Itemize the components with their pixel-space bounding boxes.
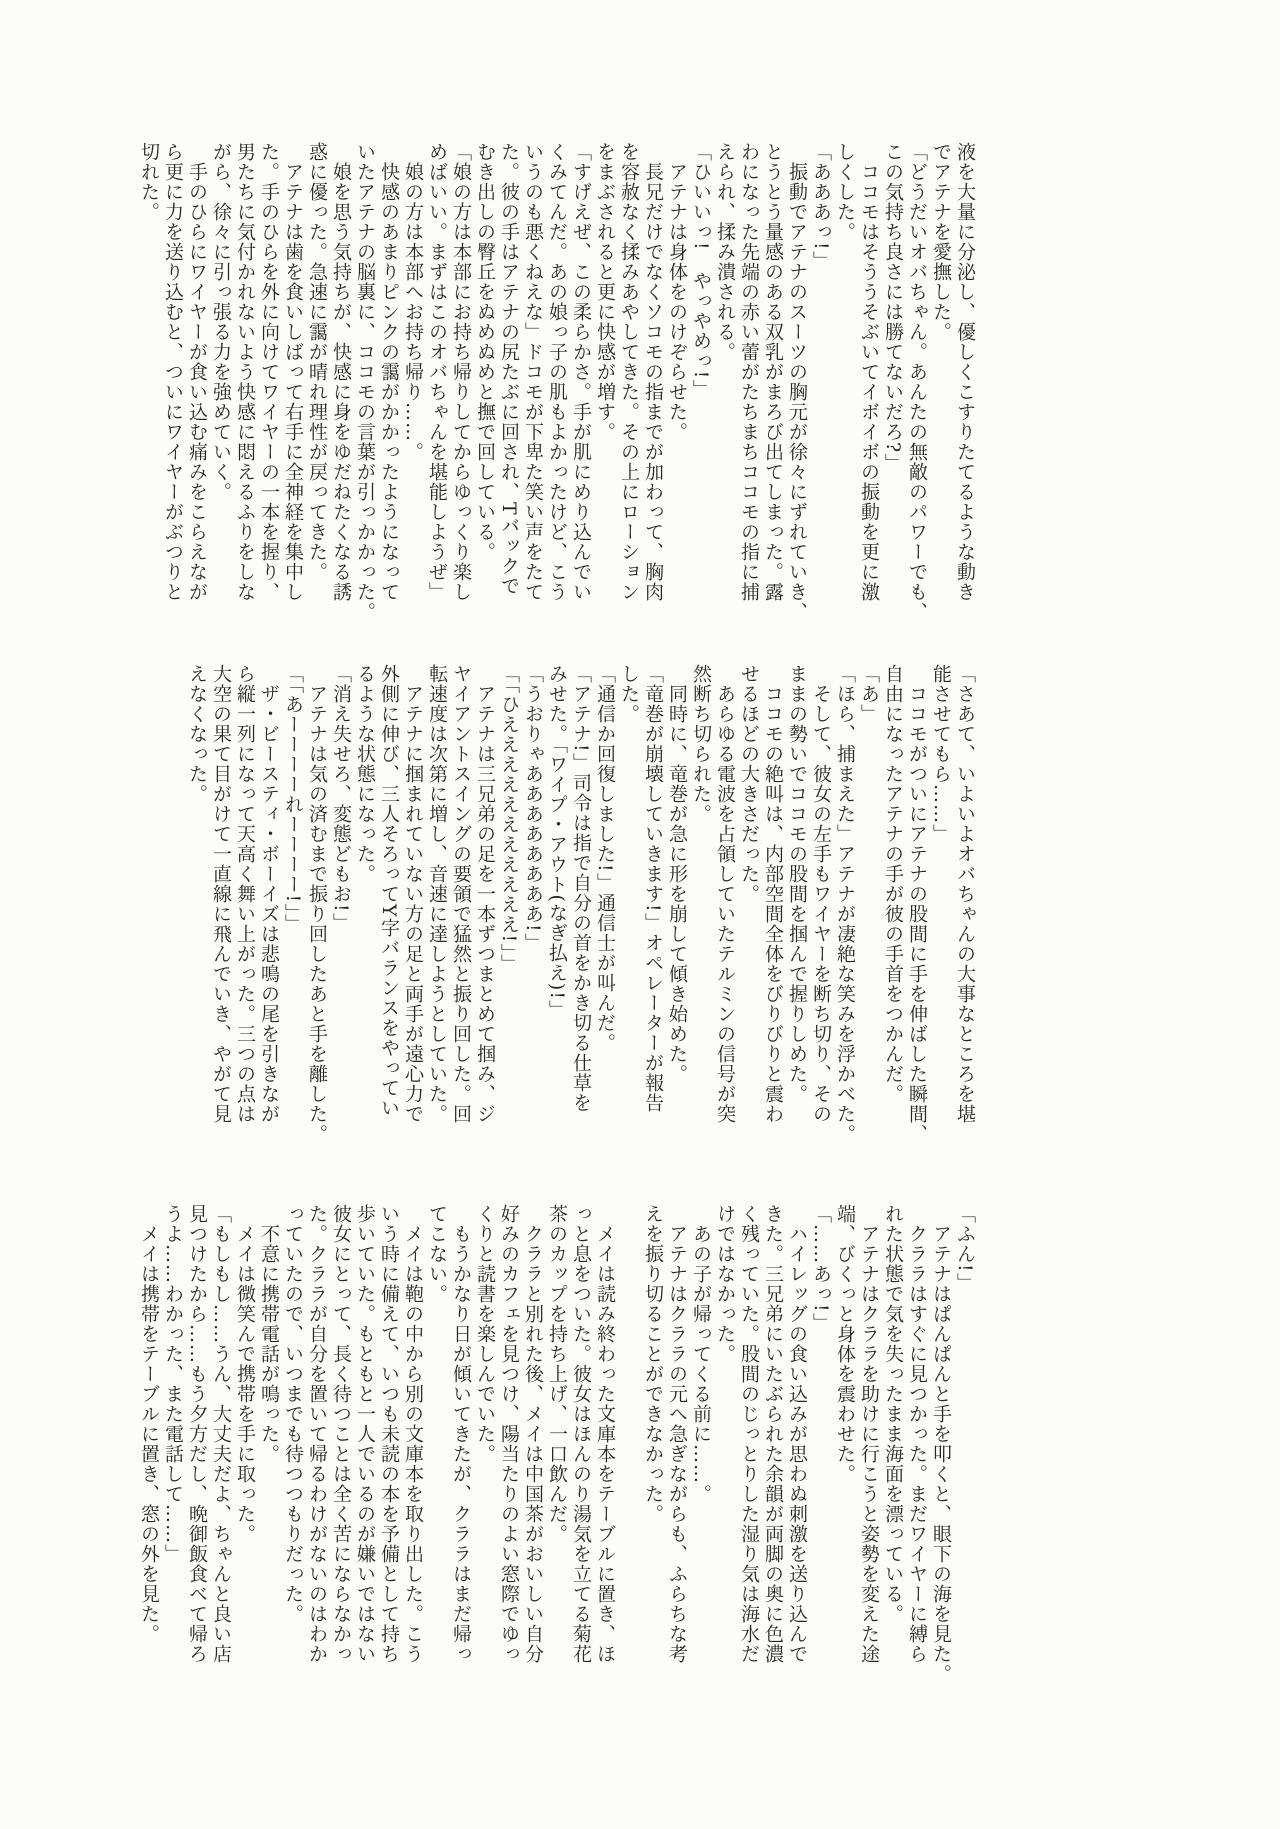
text-column: 好みのカフェを見つけ、陽当たりのよい窓際でゆっ [497, 1204, 521, 1700]
text-column: 「ひいいっ! やっやめっ!」 [689, 142, 713, 638]
text-column: た。クララが自分を置いて帰るわけがないのはわか [305, 1204, 329, 1700]
text-column: 外側に伸び、三人そろってY字バランスをやってい [377, 664, 401, 1160]
text-column: うよ……わかった、また電話して……」 [161, 1204, 185, 1700]
text-column: 能させてもら……」 [929, 664, 953, 1160]
text-column: ザ・ビースティ・ボーイズは悲鳴の尾を引きなが [257, 664, 281, 1160]
text-column: 「「あーーーーれーーーー!」」 [281, 664, 305, 1160]
text-column: 長兄だけでなくソコモの指までが加わって、胸肉 [641, 142, 665, 638]
text-column: 男たちに気付かれないよう快感に悶えるふりをしな [233, 142, 257, 638]
text-column: アテナは三兄弟の足を一本ずつまとめて掴み、ジ [473, 664, 497, 1160]
text-column: アテナに掴まれていない方の足と両手が遠心力で [401, 664, 425, 1160]
text-column: えなくなった。 [185, 664, 209, 1160]
text-column: 茶のカップを持ち上げ、一口飲んだ。 [545, 1204, 569, 1700]
text-column: しくした。 [833, 142, 857, 638]
text-column: メイは読み終わった文庫本をテーブルに置き、ほ [593, 1204, 617, 1700]
text-column: めばいい。まずはこのオバちゃんを堪能しようぜ」 [425, 142, 449, 638]
text-column: けではなかった。 [713, 1204, 737, 1700]
text-band-bottom: 「ふん!」 アテナはぱんぱんと手を叩くと、眼下の海を見た。 クララはすぐに見つか… [137, 1204, 977, 1700]
text-column: 「ほら、捕まえた」アテナが凄絶な笑みを浮かべた。 [833, 664, 857, 1160]
text-column: アテナはぱんぱんと手を叩くと、眼下の海を見た。 [929, 1204, 953, 1700]
text-column: メイは携帯をテーブルに置き、窓の外を見た。 [137, 1204, 161, 1700]
text-column [617, 1204, 641, 1700]
text-column: もうかなり日が傾いてきたが、クララはまだ帰っ [449, 1204, 473, 1700]
text-column: てこない。 [425, 1204, 449, 1700]
text-column: 然断ち切られた。 [689, 664, 713, 1160]
text-column: 見つけたから……もう夕方だし、晩御飯食べて帰ろ [185, 1204, 209, 1700]
text-column: ら更に力を送り込むと、ついにワイヤーがぶつりと [161, 142, 185, 638]
text-column: ココモがついにアテナの股間に手を伸ばした瞬間、 [905, 664, 929, 1160]
text-band-top: 液を大量に分泌し、優しくこすりたてるような動きでアテナを愛撫した。「どうだいオバ… [137, 142, 977, 638]
text-band-middle: 「さあて、いよいよオバちゃんの大事なところを堪能させてもら……」 ココモがついに… [185, 664, 977, 1160]
text-column: 液を大量に分泌し、優しくこすりたてるような動き [953, 142, 977, 638]
text-column: わになった先端の赤い蕾がたちまちココモの指に捕 [737, 142, 761, 638]
text-column: ままの勢いでココモの股間を掴んで握りしめた。 [785, 664, 809, 1160]
text-column: メイは微笑んで携帯を手に取った。 [233, 1204, 257, 1700]
text-column: ココモの絶叫は、内部空間全体をびりびりと震わ [761, 664, 785, 1160]
text-column: 「通信か回復しました!」通信士が叫んだ。 [593, 664, 617, 1160]
text-column: いうのも悪くねえな」ドコモが下卑た笑い声をたて [521, 142, 545, 638]
text-column: いう時に備えて、いつも未読の本を予備として持ち [377, 1204, 401, 1700]
text-column: 歩いていた。もともと一人でいるのが嫌いではない [353, 1204, 377, 1700]
text-column: 快感のあまりピンクの靄がかかったようになって [377, 142, 401, 638]
text-column: 「もしもし……うん、大丈夫だよ、ちゃんと良い店 [209, 1204, 233, 1700]
text-column: そして、彼女の左手もワイヤーを断ち切り、その [809, 664, 833, 1160]
text-column: っていたので、いつまでも待つつもりだった。 [281, 1204, 305, 1700]
text-column: るような状態になった。 [353, 664, 377, 1160]
text-column: 「……あっ!」 [809, 1204, 833, 1700]
text-column: 「ふん!」 [953, 1204, 977, 1700]
text-column: 「さあて、いよいよオバちゃんの大事なところを堪 [953, 664, 977, 1160]
text-column: れた状態で気を失ったまま海面を漂っている。 [881, 1204, 905, 1700]
text-column: 「竜巻が崩壊していきます!」オペレーターが報告 [641, 664, 665, 1160]
novel-page: 液を大量に分泌し、優しくこすりたてるような動きでアテナを愛撫した。「どうだいオバ… [0, 0, 1280, 1829]
text-column: むき出しの臀丘をぬめぬめと撫で回している。 [473, 142, 497, 638]
text-column: ココモはそううそぶいてイボイボの振動を更に激 [857, 142, 881, 638]
text-column: アテナは身体をのけぞらせた。 [665, 142, 689, 638]
text-column: ら縦一列になって天高く舞い上がった。三つの点は [233, 664, 257, 1160]
text-column: を容赦なく揉みあやしてきた。その上にローション [617, 142, 641, 638]
text-column: 振動でアテナのスーツの胸元が徐々にずれていき、 [785, 142, 809, 638]
text-column: 「「ひえええええええええええ!」」 [497, 664, 521, 1160]
text-column: 「あ」 [857, 664, 881, 1160]
text-column: きた。三兄弟にいたぶられた余韻が両脚の奥に色濃 [761, 1204, 785, 1700]
text-column: せるほどの大きさだった。 [737, 664, 761, 1160]
text-column: 手のひらにワイヤーが食い込む痛みをこらえなが [185, 142, 209, 638]
text-column: 惑に優った。急速に靄が晴れ理性が戻ってきた。 [305, 142, 329, 638]
text-column: た。手のひらを外に向けてワイヤーの一本を握り、 [257, 142, 281, 638]
text-column: 切れた。 [137, 142, 161, 638]
text-column: をまぶされると更に快感が増す。 [593, 142, 617, 638]
text-column: 「消え失せろ、変態どもお!」 [329, 664, 353, 1160]
text-column: た。彼の手はアテナの尻たぶに回され、Tバックで [497, 142, 521, 638]
text-column: 不意に携帯電話が鳴った。 [257, 1204, 281, 1700]
text-column: アテナはクララの元へ急ぎながらも、ふらちな考 [665, 1204, 689, 1700]
text-column: あらゆる電波を占領していたテルミンの信号が突 [713, 664, 737, 1160]
text-column: アテナは歯を食いしばって右手に全神経を集中し [281, 142, 305, 638]
text-column: くりと読書を楽しんでいた。 [473, 1204, 497, 1700]
text-column: 「娘の方は本部にお持ち帰りしてからゆっくり楽し [449, 142, 473, 638]
text-column: メイは鞄の中から別の文庫本を取り出した。こう [401, 1204, 425, 1700]
text-column: この気持ち良さには勝てないだろ?」 [881, 142, 905, 638]
text-column: 転速度は次第に増し、音速に達しようとしていた。 [425, 664, 449, 1160]
text-column: 彼女にとって、長く待つことは全く苦にならなかっ [329, 1204, 353, 1700]
text-column: 端、びくっと身体を震わせた。 [833, 1204, 857, 1700]
text-column: 自由になったアテナの手が彼の手首をつかんだ。 [881, 664, 905, 1160]
text-column: クララと別れた後、メイは中国茶がおいしい自分 [521, 1204, 545, 1700]
text-column: えを振り切ることができなかった。 [641, 1204, 665, 1700]
text-column: 「あああっ!」 [809, 142, 833, 638]
text-column: あの子が帰ってくる前に……。 [689, 1204, 713, 1700]
text-column: アテナは気の済むまで振り回したあと手を離した。 [305, 664, 329, 1160]
text-column: でアテナを愛撫した。 [929, 142, 953, 638]
text-column: く残っていた。股間のじっとりした湿り気は海水だ [737, 1204, 761, 1700]
text-column: 娘を思う気持ちが、快感に身をゆだねたくなる誘 [329, 142, 353, 638]
text-column: 「すげえぜ、この柔らかさ。手が肌にめり込んでい [569, 142, 593, 638]
text-column: した。 [617, 664, 641, 1160]
text-column: っと息をついた。彼女はほんのり湯気を立てる菊花 [569, 1204, 593, 1700]
text-column: ヤイアントスイングの要領で猛然と振り回した。回 [449, 664, 473, 1160]
text-column: えられ、揉み潰される。 [713, 142, 737, 638]
text-column: いたアテナの脳裏に、ココモの言葉が引っかかった。 [353, 142, 377, 638]
text-column: みせた。「ワイプ・アウト(なぎ払え)!」 [545, 664, 569, 1160]
text-column: とうとう量感のある双乳がまろび出てしまった。露 [761, 142, 785, 638]
text-column: くみてんだ。あの娘っ子の肌もよかったけど、こう [545, 142, 569, 638]
text-column: アテナはクララを助けに行こうと姿勢を変えた途 [857, 1204, 881, 1700]
text-column: クララはすぐに見つかった。まだワイヤーに縛ら [905, 1204, 929, 1700]
text-column: 娘の方は本部へお持ち帰り……。 [401, 142, 425, 638]
text-column: 同時に、竜巻が急に形を崩して傾き始めた。 [665, 664, 689, 1160]
text-column: ハイレッグの食い込みが思わぬ刺激を送り込んで [785, 1204, 809, 1700]
text-column: 「うおりゃああああああああ!」 [521, 664, 545, 1160]
text-column: 「アテナ!」司令は指で自分の首をかき切る仕草を [569, 664, 593, 1160]
text-column: 「どうだいオバちゃん。あんたの無敵のパワーでも、 [905, 142, 929, 638]
text-column: がら、徐々に引っ張る力を強めていく。 [209, 142, 233, 638]
text-column: 大空の果て目がけて一直線に飛んでいき、やがて見 [209, 664, 233, 1160]
